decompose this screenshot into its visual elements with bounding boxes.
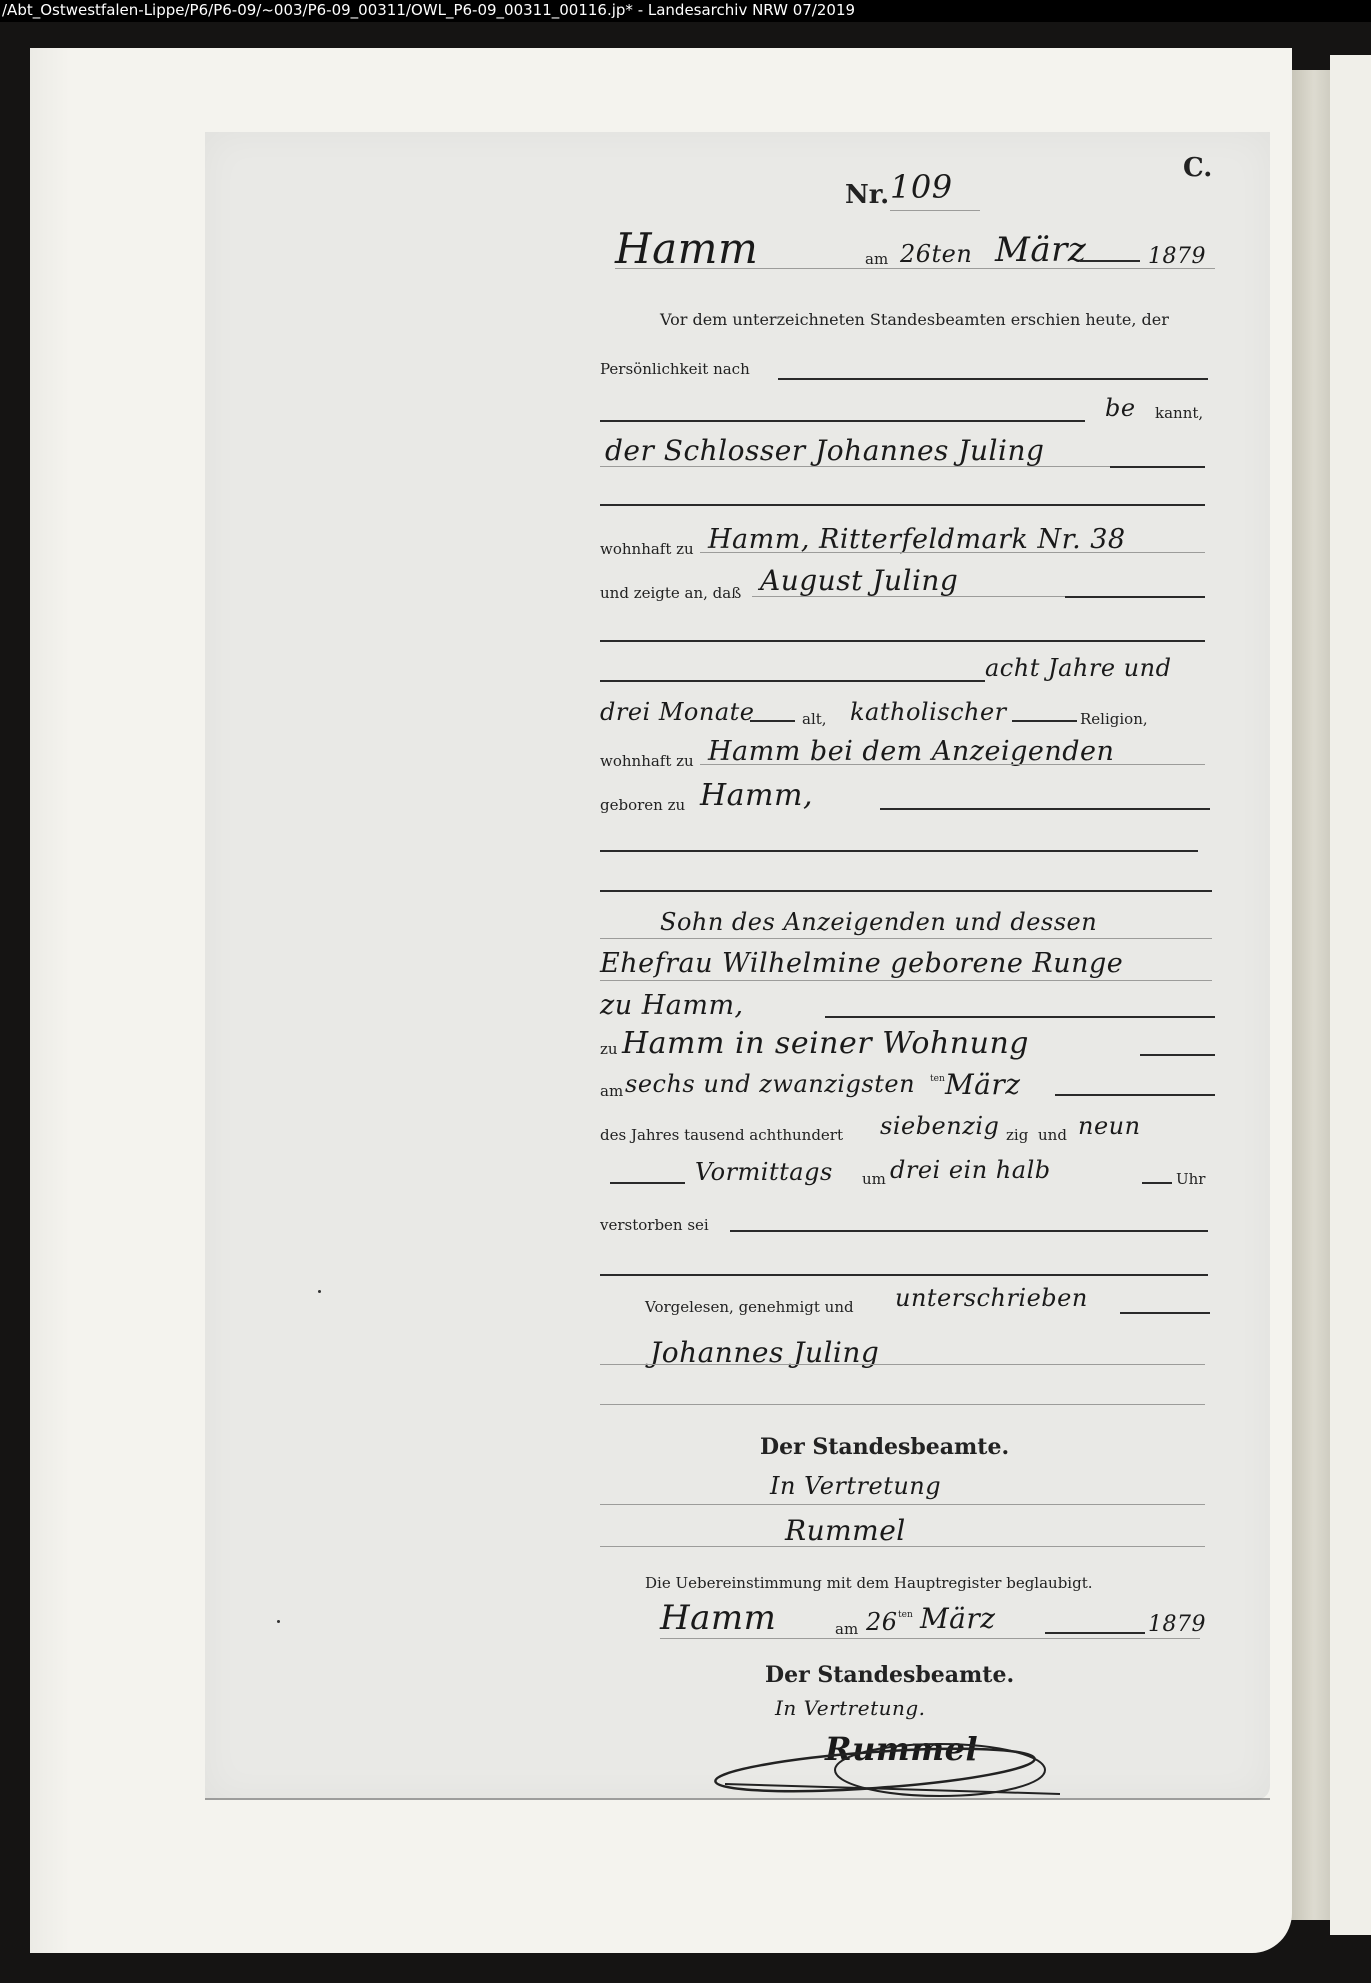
wohnhaft-label: wohnhaft zu: [600, 540, 694, 558]
speck: [318, 1290, 321, 1293]
jahres-label: des Jahres tausend achthundert: [600, 1126, 843, 1144]
birthplace: Hamm,: [700, 778, 813, 813]
record-day: 26ten: [900, 240, 972, 268]
cert-place: Hamm: [660, 1598, 776, 1638]
death-month: März: [945, 1068, 1021, 1101]
record-number: 109: [890, 168, 953, 206]
parents-handwritten-1: Sohn des Anzeigenden und dessen: [660, 908, 1097, 936]
geboren-label: geboren zu: [600, 796, 685, 814]
corner-mark: C.: [1183, 153, 1212, 183]
zig-label: zig: [1006, 1126, 1028, 1144]
persoenlichkeit-label: Persönlichkeit nach: [600, 360, 750, 378]
verstorben-label: verstorben sei: [600, 1216, 709, 1234]
cert-day: 26: [866, 1608, 898, 1636]
book-gutter: [1290, 70, 1330, 1920]
alt-label: alt,: [802, 710, 827, 728]
vertretung-handwritten-2: In Vertretung.: [775, 1696, 926, 1720]
religion-label: Religion,: [1080, 710, 1148, 728]
record-place: Hamm: [615, 224, 758, 273]
am-label: am: [865, 250, 888, 268]
cert-ten-label: ten: [898, 1610, 913, 1620]
bekannt-label: kannt,: [1155, 404, 1203, 422]
am2-label: am: [600, 1082, 623, 1100]
vertretung-handwritten-1: In Vertretung: [770, 1472, 941, 1500]
religion-handwritten: katholischer: [850, 698, 1007, 726]
death-day-handwritten: sechs und zwanzigsten: [625, 1070, 915, 1098]
wohnhaft2-label: wohnhaft zu: [600, 752, 694, 770]
age-handwritten-1: acht Jahre und: [985, 654, 1171, 682]
deceased-name: August Juling: [760, 564, 958, 597]
time-handwritten: drei ein halb: [890, 1156, 1051, 1184]
parents-handwritten-3: zu Hamm,: [600, 990, 744, 1021]
official-signature-1: Rummel: [785, 1514, 906, 1547]
unterschrieben-handwritten: unterschrieben: [895, 1284, 1088, 1312]
cert-year: 1879: [1148, 1612, 1206, 1637]
um-label: um: [862, 1170, 886, 1188]
bekannt-handwritten: be: [1105, 394, 1136, 422]
informant-name: der Schlosser Johannes Juling: [605, 434, 1044, 467]
parents-handwritten-2: Ehefrau Wilhelmine geborene Runge: [600, 948, 1123, 979]
zu-label: zu: [600, 1040, 618, 1058]
window-title: /Abt_Ostwestfalen-Lippe/P6/P6-09/~003/P6…: [2, 1, 855, 19]
year-units-handwritten: neun: [1078, 1112, 1141, 1140]
und-label: und: [1038, 1126, 1067, 1144]
official-title-2: Der Standesbeamte.: [765, 1662, 1014, 1688]
deceased-residence: Hamm bei dem Anzeigenden: [708, 736, 1114, 767]
vorgelesen-label: Vorgelesen, genehmigt und: [645, 1298, 854, 1316]
death-place: Hamm in seiner Wohnung: [622, 1026, 1029, 1061]
ten-label: ten: [930, 1074, 945, 1084]
record-year: 1879: [1148, 244, 1206, 269]
cert-am-label: am: [835, 1620, 858, 1638]
intro-text: Vor dem unterzeichneten Standesbeamten e…: [660, 310, 1169, 329]
right-page-edge: [1330, 55, 1371, 1935]
vormittags-handwritten: Vormittags: [695, 1158, 833, 1186]
certification-text: Die Uebereinstimmung mit dem Hauptregist…: [645, 1574, 1093, 1592]
signature-flourish: [710, 1732, 1070, 1807]
age-handwritten-2: drei Monate: [600, 698, 754, 726]
record-number-label: Nr.: [845, 180, 889, 210]
uhr-label: Uhr: [1176, 1170, 1205, 1188]
speck: [277, 1620, 280, 1623]
record-month: März: [995, 230, 1086, 270]
window-title-bar: /Abt_Ostwestfalen-Lippe/P6/P6-09/~003/P6…: [0, 0, 1371, 22]
cert-month: März: [920, 1602, 996, 1635]
year-tens-handwritten: siebenzig: [880, 1112, 999, 1140]
informant-residence: Hamm, Ritterfeldmark Nr. 38: [708, 524, 1126, 555]
zeigte-an-label: und zeigte an, daß: [600, 584, 741, 602]
official-title-1: Der Standesbeamte.: [760, 1434, 1009, 1460]
